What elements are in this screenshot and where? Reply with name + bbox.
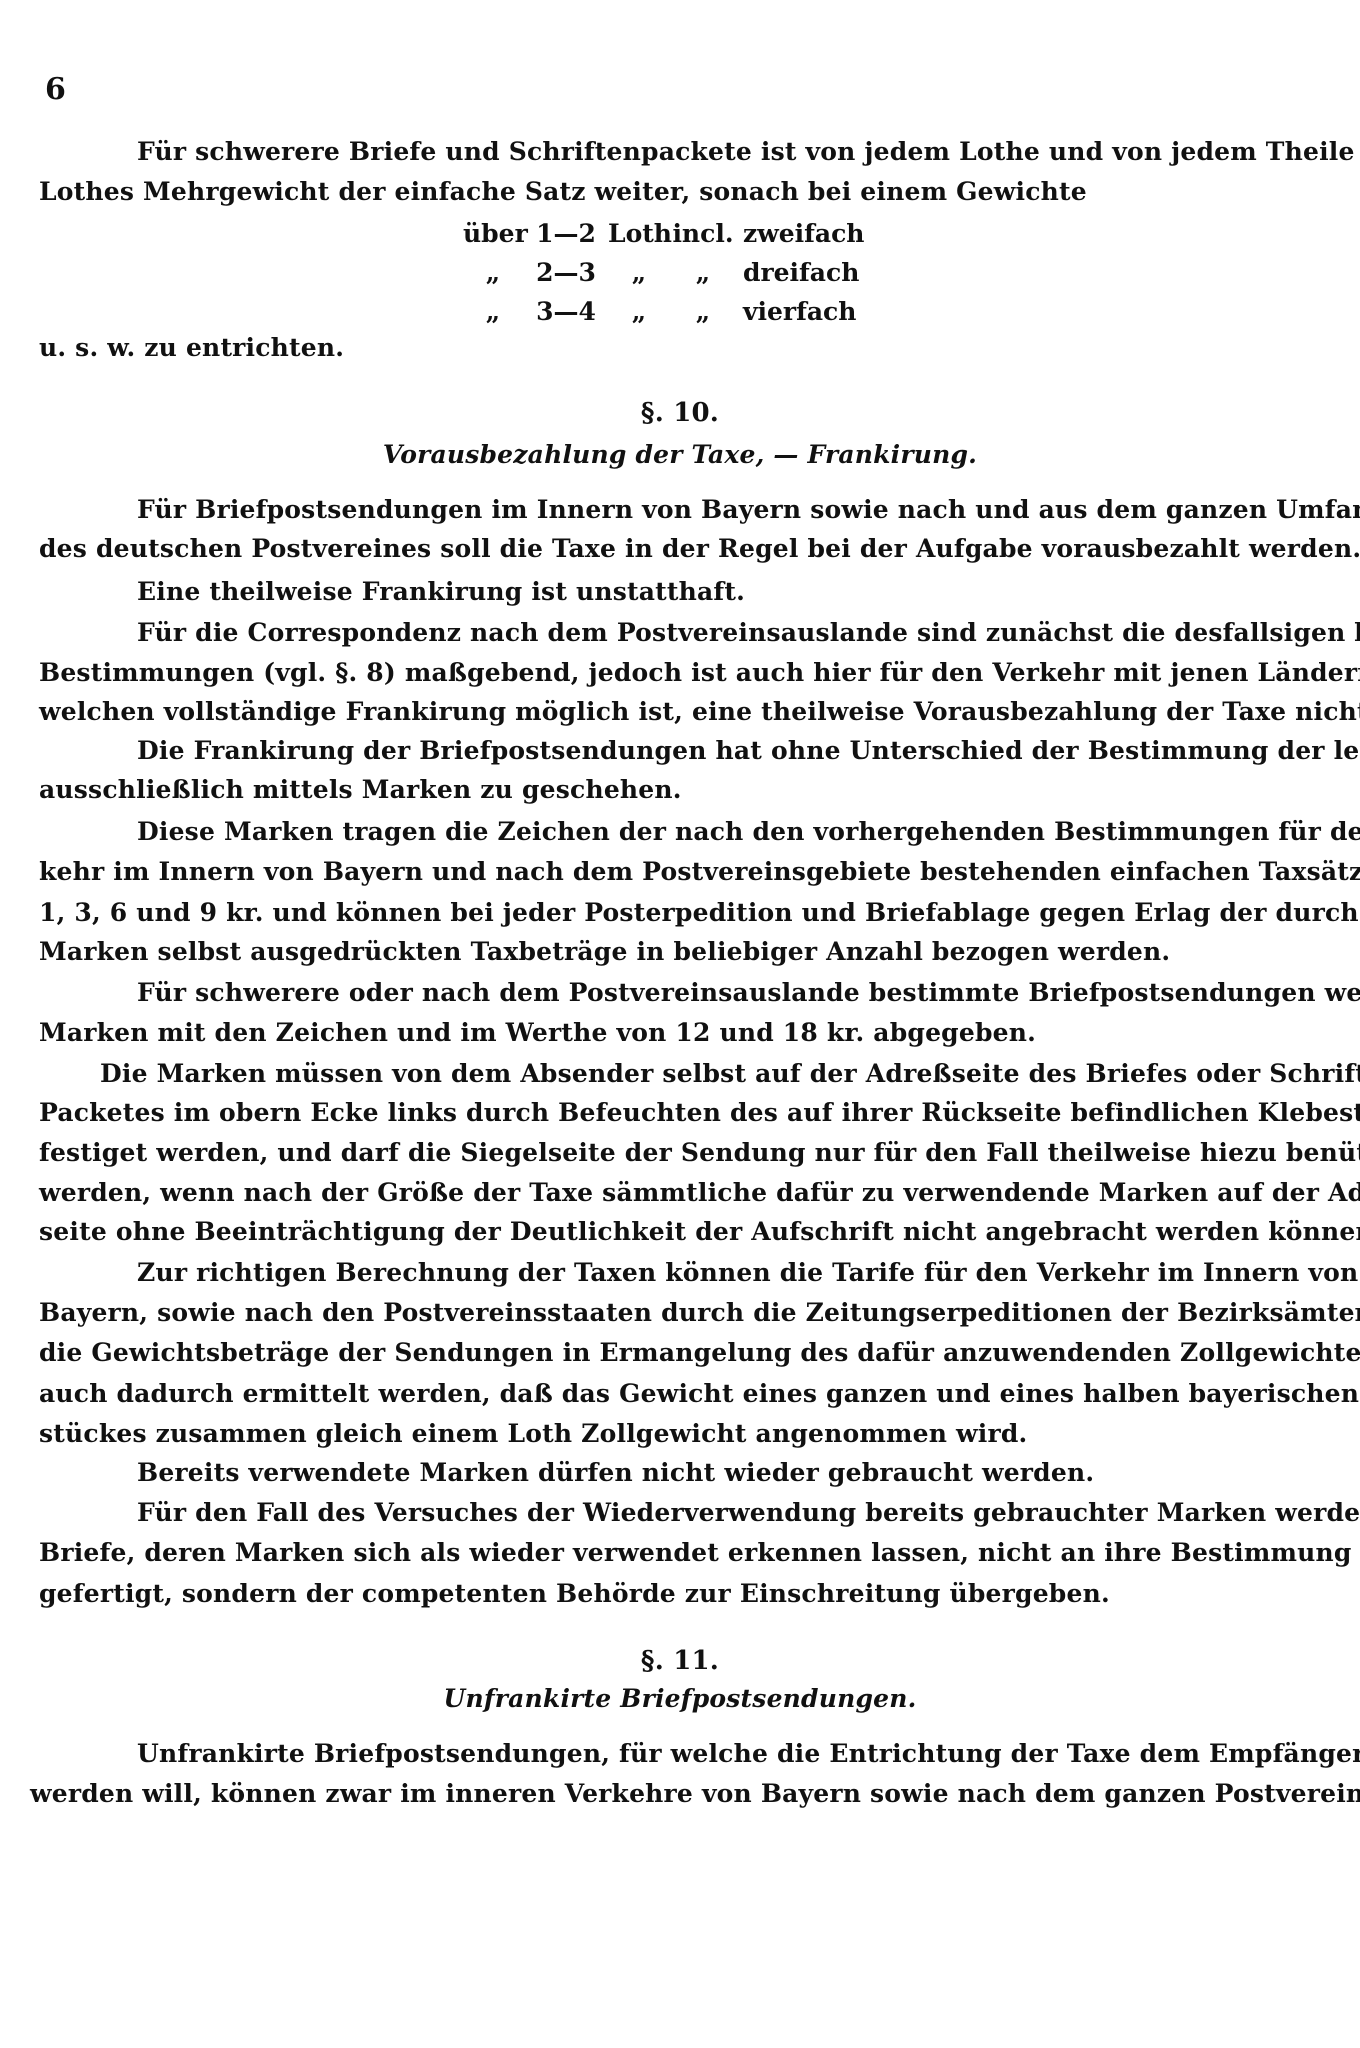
text-line: Marken mit den Zeichen und im Werthe von… bbox=[39, 1013, 1282, 1053]
text-line: die Gewichtsbeträge der Sendungen in Erm… bbox=[39, 1333, 1282, 1373]
text-line: Für den Fall des Versuches der Wiederver… bbox=[137, 1493, 1282, 1533]
text-line: Für die Correspondenz nach dem Postverei… bbox=[137, 613, 1282, 653]
text-line: Packetes im obern Ecke links durch Befeu… bbox=[39, 1093, 1282, 1133]
table-cell: dreifach bbox=[743, 253, 863, 293]
text-line: Bayern, sowie nach den Postvereinsstaate… bbox=[39, 1293, 1282, 1333]
text-line: 1, 3, 6 und 9 kr. und können bei jeder P… bbox=[39, 893, 1282, 933]
text-line: u. s. w. zu entrichten. bbox=[39, 328, 1282, 368]
text-line: gefertigt, sondern der competenten Behör… bbox=[39, 1574, 1282, 1614]
text-line: Marken selbst ausgedrückten Taxbeträge i… bbox=[39, 932, 1282, 972]
text-line: Für Briefpostsendungen im Innern von Bay… bbox=[137, 490, 1282, 530]
text-line: festiget werden, und darf die Siegelseit… bbox=[39, 1133, 1282, 1173]
section-number: §. 11. bbox=[0, 1641, 1360, 1681]
section-title: Unfrankirte Briefpostsendungen. bbox=[0, 1679, 1360, 1719]
text-line: auch dadurch ermittelt werden, daß das G… bbox=[39, 1374, 1282, 1414]
text-line: Bestimmungen (vgl. §. 8) maßgebend, jedo… bbox=[39, 653, 1282, 693]
text-line: Für schwerere Briefe und Schriftenpacket… bbox=[137, 132, 1282, 172]
text-line: Briefe, deren Marken sich als wieder ver… bbox=[39, 1533, 1282, 1573]
table-cell: zweifach bbox=[743, 214, 863, 254]
text-line: Diese Marken tragen die Zeichen der nach… bbox=[137, 812, 1282, 852]
table-cell: „ bbox=[672, 253, 734, 293]
text-line: Zur richtigen Berechnung der Taxen könne… bbox=[137, 1253, 1282, 1293]
table-cell: über bbox=[463, 214, 523, 254]
table-cell: incl. bbox=[672, 214, 734, 254]
text-line: Lothes Mehrgewicht der einfache Satz wei… bbox=[39, 172, 1282, 212]
text-line: Bereits verwendete Marken dürfen nicht w… bbox=[137, 1453, 1282, 1493]
text-line: Eine theilweise Frankirung ist unstattha… bbox=[137, 572, 1282, 612]
table-cell: 2—3 bbox=[530, 253, 602, 293]
table-cell: „ bbox=[608, 253, 670, 293]
table-cell: 1—2 bbox=[530, 214, 602, 254]
text-line: Die Marken müssen von dem Absender selbs… bbox=[100, 1054, 1282, 1094]
section-number: §. 10. bbox=[0, 393, 1360, 433]
text-line: des deutschen Postvereines soll die Taxe… bbox=[39, 529, 1282, 569]
text-line: welchen vollständige Frankirung möglich … bbox=[39, 692, 1282, 732]
table-cell: „ bbox=[463, 292, 523, 332]
text-line: kehr im Innern von Bayern und nach dem P… bbox=[39, 852, 1282, 892]
text-line: seite ohne Beeinträchtigung der Deutlich… bbox=[39, 1212, 1282, 1252]
text-line: ausschließlich mittels Marken zu gescheh… bbox=[39, 770, 1282, 810]
text-line: Unfrankirte Briefpostsendungen, für welc… bbox=[137, 1734, 1282, 1774]
table-cell: vierfach bbox=[743, 292, 863, 332]
table-cell: „ bbox=[608, 292, 670, 332]
text-line: werden will, können zwar im inneren Verk… bbox=[30, 1774, 1282, 1814]
table-cell: 3—4 bbox=[530, 292, 602, 332]
text-line: Die Frankirung der Briefpostsendungen ha… bbox=[137, 731, 1282, 771]
text-line: werden, wenn nach der Größe der Taxe säm… bbox=[39, 1173, 1282, 1213]
text-line: stückes zusammen gleich einem Loth Zollg… bbox=[39, 1414, 1282, 1454]
table-cell: „ bbox=[463, 253, 523, 293]
table-cell: Loth bbox=[608, 214, 670, 254]
page-number: 6 bbox=[45, 72, 66, 107]
text-line: Für schwerere oder nach dem Postvereinsa… bbox=[137, 973, 1282, 1013]
table-cell: „ bbox=[672, 292, 734, 332]
section-title: Vorausbezahlung der Taxe, — Frankirung. bbox=[0, 435, 1360, 475]
